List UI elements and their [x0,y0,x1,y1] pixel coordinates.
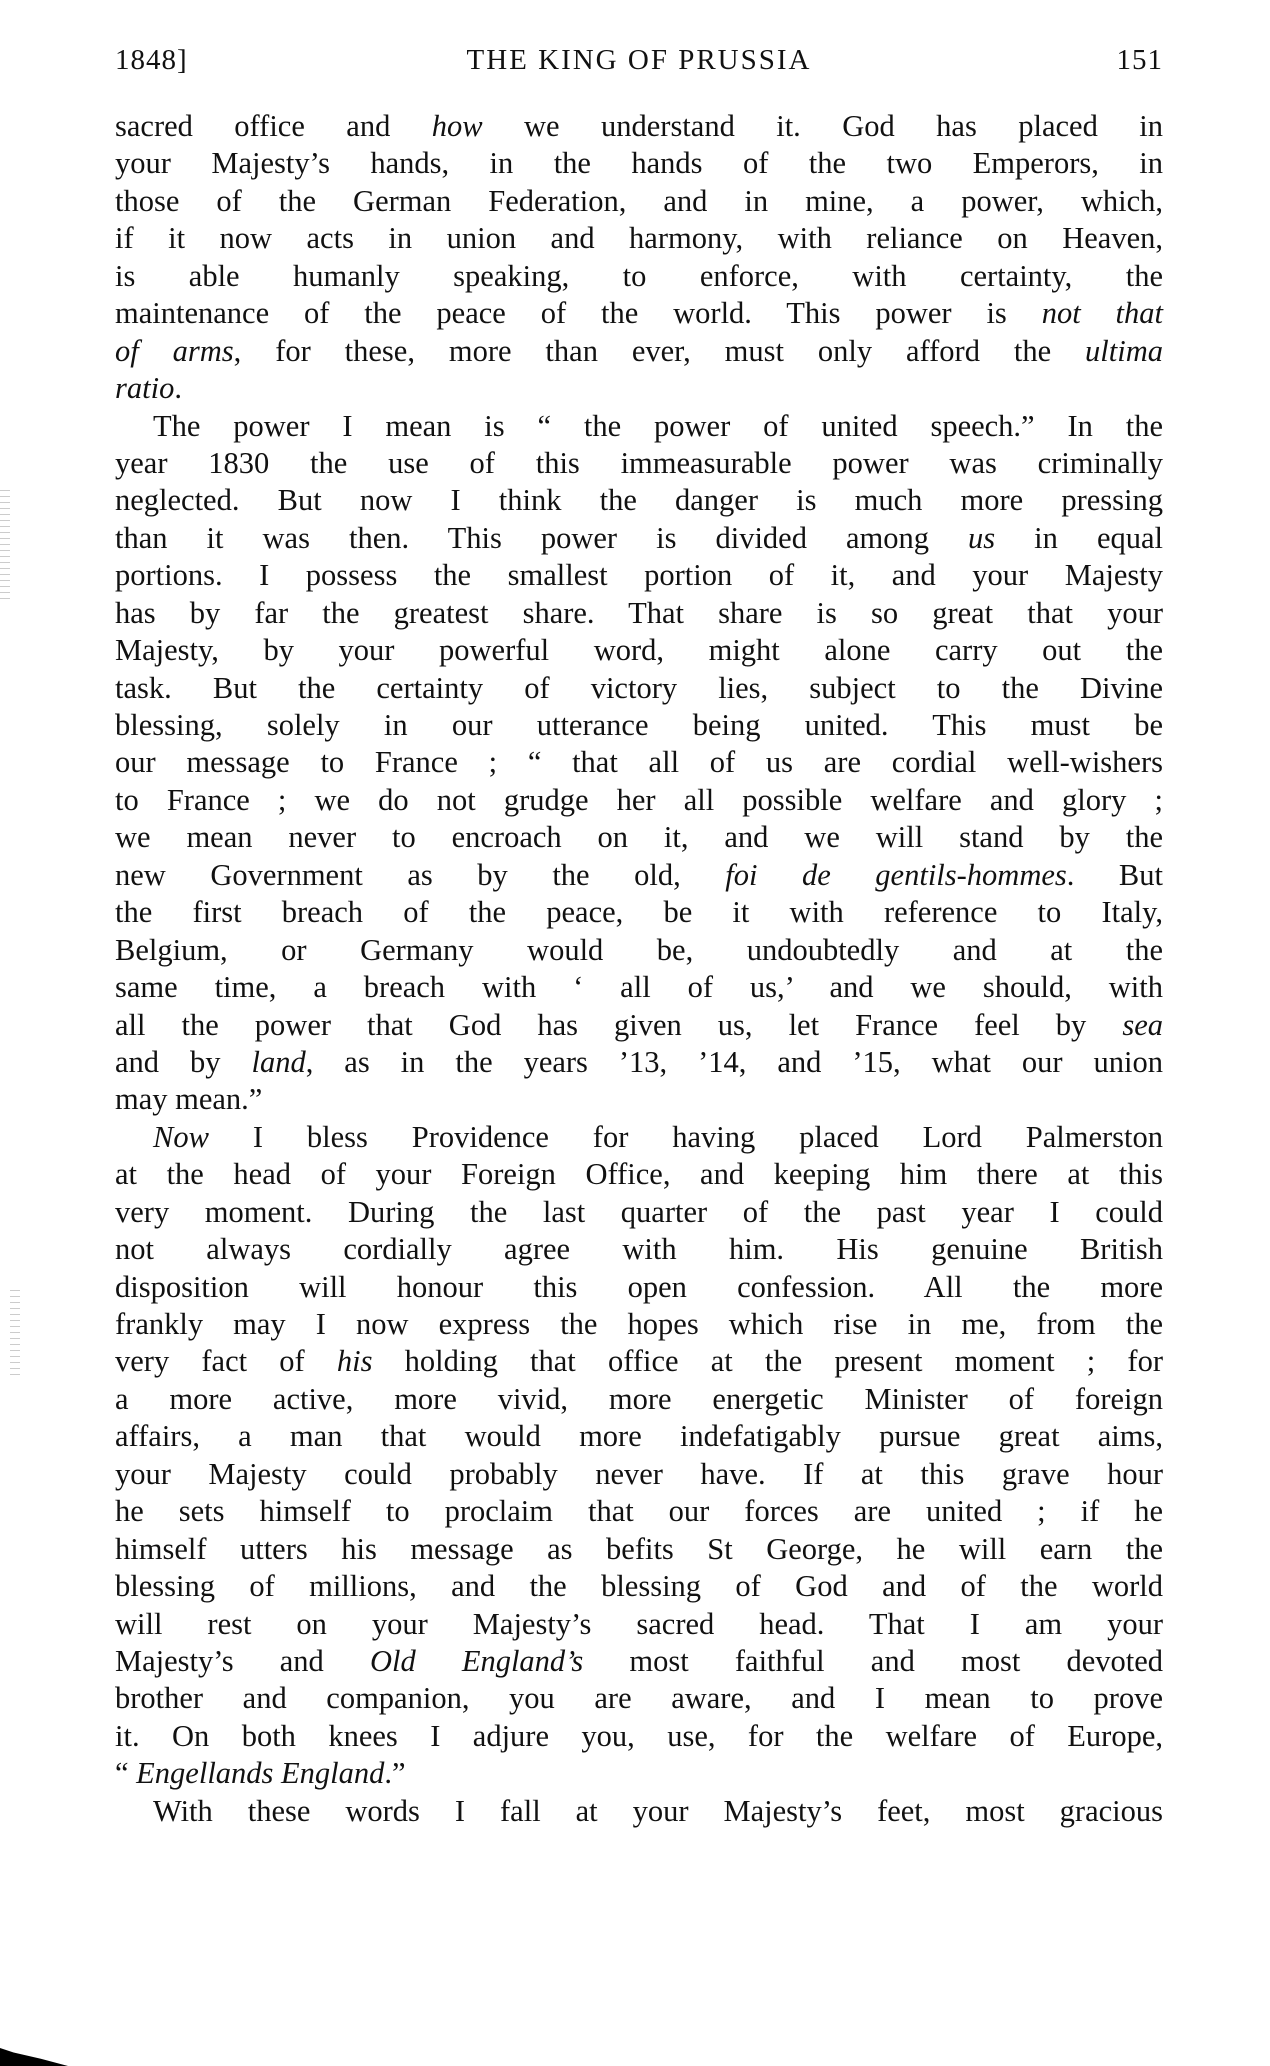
text-run: disposition will honour this open confes… [115,1270,1163,1304]
text-line: disposition will honour this open confes… [115,1269,1163,1306]
text-run: is able humanly speaking, to enforce, wi… [115,259,1163,293]
text-run: he sets himself to proclaim that our for… [115,1494,1163,1528]
text-run: “ [115,1756,136,1790]
italic-text: Engellands England [136,1756,384,1790]
text-line: frankly may I now express the hopes whic… [115,1306,1163,1343]
text-run: maintenance of the peace of the world. T… [115,296,1042,330]
text-run: blessing, solely in our utterance being … [115,708,1163,742]
body-text: sacred office and how we understand it. … [115,108,1163,1830]
text-run: . [174,371,182,405]
text-line: task. But the certainty of victory lies,… [115,670,1163,707]
text-line: we mean never to encroach on it, and we … [115,819,1163,856]
text-line: if it now acts in union and harmony, wit… [115,220,1163,257]
text-line: blessing of millions, and the blessing o… [115,1568,1163,1605]
text-run: Majesty’s and [115,1644,370,1678]
text-line: himself utters his message as befits St … [115,1531,1163,1568]
text-line: portions. I possess the smallest portion… [115,557,1163,594]
book-page: 1848] THE KING OF PRUSSIA 151 sacred off… [0,0,1270,2066]
text-run: portions. I possess the smallest portion… [115,558,1163,592]
italic-text: land [251,1045,305,1079]
text-line: Belgium, or Germany would be, undoubtedl… [115,932,1163,969]
scan-corner-shadow [0,2048,68,2066]
text-run: our message to France ; “ that all of us… [115,745,1163,779]
text-line: neglected. But now I think the danger is… [115,482,1163,519]
text-run: new Government as by the old, [115,858,725,892]
text-run: The power I mean is “ the power of unite… [153,409,1163,443]
text-run: I bless Providence for having placed Lor… [209,1120,1163,1154]
text-line: blessing, solely in our utterance being … [115,707,1163,744]
text-run: With these words I fall at your Majesty’… [153,1794,1163,1828]
text-run: very fact of [115,1344,337,1378]
text-line: a more active, more vivid, more energeti… [115,1381,1163,1418]
text-run: we understand it. God has placed in [483,109,1163,143]
text-line: your Majesty could probably never have. … [115,1456,1163,1493]
text-run: affairs, a man that would more indefatig… [115,1419,1163,1453]
text-run: sacred office and [115,109,432,143]
text-run: and by [115,1045,251,1079]
text-line: those of the German Federation, and in m… [115,183,1163,220]
text-line: not always cordially agree with him. His… [115,1231,1163,1268]
text-run: in equal [995,521,1163,555]
text-run: to France ; we do not grudge her all pos… [115,783,1163,817]
text-run: task. But the certainty of victory lies,… [115,671,1163,705]
text-line: With these words I fall at your Majesty’… [115,1793,1163,1830]
text-run: will rest on your Majesty’s sacred head.… [115,1607,1163,1641]
text-line: same time, a breach with ‘ all of us,’ a… [115,969,1163,1006]
text-run: not always cordially agree with him. His… [115,1232,1163,1266]
text-line: and by land, as in the years ’13, ’14, a… [115,1044,1163,1081]
text-run: year 1830 the use of this immeasurable p… [115,446,1163,480]
text-line: will rest on your Majesty’s sacred head.… [115,1606,1163,1643]
text-run: , as in the years ’13, ’14, and ’15, wha… [306,1045,1163,1079]
text-run: has by far the greatest share. That shar… [115,596,1163,630]
text-line: our message to France ; “ that all of us… [115,744,1163,781]
text-line: than it was then. This power is divided … [115,520,1163,557]
italic-text: ratio [115,371,174,405]
text-run: we mean never to encroach on it, and we … [115,820,1163,854]
text-run: .” [384,1756,405,1790]
text-line: may mean.” [115,1081,1163,1118]
text-run: if it now acts in union and harmony, wit… [115,221,1163,255]
text-run: most faithful and most devoted [583,1644,1163,1678]
text-line: Majesty, by your powerful word, might al… [115,632,1163,669]
text-run: those of the German Federation, and in m… [115,184,1163,218]
italic-text: not that [1042,296,1163,330]
text-line: Majesty’s and Old England’s most faithfu… [115,1643,1163,1680]
italic-text: ultima [1085,334,1163,368]
text-run: may mean.” [115,1082,262,1116]
running-head-title: THE KING OF PRUSSIA [115,44,1163,77]
text-line: to France ; we do not grudge her all pos… [115,782,1163,819]
text-run: blessing of millions, and the blessing o… [115,1569,1163,1603]
text-run: . But [1067,858,1163,892]
text-run: same time, a breach with ‘ all of us,’ a… [115,970,1163,1004]
text-run: Belgium, or Germany would be, undoubtedl… [115,933,1163,967]
text-line: is able humanly speaking, to enforce, wi… [115,258,1163,295]
italic-text: us [968,521,995,555]
text-line: sacred office and how we understand it. … [115,108,1163,145]
text-line: Now I bless Providence for having placed… [115,1119,1163,1156]
text-line: all the power that God has given us, let… [115,1007,1163,1044]
text-line: of arms, for these, more than ever, must… [115,333,1163,370]
text-line: has by far the greatest share. That shar… [115,595,1163,632]
page-number: 151 [1117,44,1164,77]
italic-text: Now [153,1120,209,1154]
text-run: , for these, more than ever, must only a… [234,334,1085,368]
text-run: your Majesty’s hands, in the hands of th… [115,146,1163,180]
italic-text: how [432,109,483,143]
text-line: year 1830 the use of this immeasurable p… [115,445,1163,482]
text-line: “ Engellands England.” [115,1755,1163,1792]
text-line: very moment. During the last quarter of … [115,1194,1163,1231]
text-run: brother and companion, you are aware, an… [115,1681,1163,1715]
text-run: frankly may I now express the hopes whic… [115,1307,1163,1341]
text-run: at the head of your Foreign Office, and … [115,1157,1163,1191]
text-run: the first breach of the peace, be it wit… [115,895,1163,929]
text-run: a more active, more vivid, more energeti… [115,1382,1163,1416]
italic-text: of arms [115,334,234,368]
text-run: all the power that God has given us, let… [115,1008,1122,1042]
text-run: than it was then. This power is divided … [115,521,968,555]
text-line: it. On both knees I adjure you, use, for… [115,1718,1163,1755]
text-line: at the head of your Foreign Office, and … [115,1156,1163,1193]
text-run: very moment. During the last quarter of … [115,1195,1163,1229]
text-run: himself utters his message as befits St … [115,1532,1163,1566]
italic-text: his [337,1344,373,1378]
text-line: your Majesty’s hands, in the hands of th… [115,145,1163,182]
text-run: Majesty, by your powerful word, might al… [115,633,1163,667]
text-line: The power I mean is “ the power of unite… [115,408,1163,445]
text-run: neglected. But now I think the danger is… [115,483,1163,517]
text-line: the first breach of the peace, be it wit… [115,894,1163,931]
running-head: 1848] THE KING OF PRUSSIA 151 [115,44,1163,84]
italic-text: Old England’s [370,1644,583,1678]
text-run: it. On both knees I adjure you, use, for… [115,1719,1163,1753]
text-line: ratio. [115,370,1163,407]
scan-edge-noise [0,490,10,600]
text-line: brother and companion, you are aware, an… [115,1680,1163,1717]
text-run: your Majesty could probably never have. … [115,1457,1163,1491]
text-run: holding that office at the present momen… [372,1344,1163,1378]
text-line: he sets himself to proclaim that our for… [115,1493,1163,1530]
text-line: very fact of his holding that office at … [115,1343,1163,1380]
italic-text: sea [1122,1008,1163,1042]
text-line: maintenance of the peace of the world. T… [115,295,1163,332]
text-line: new Government as by the old, foi de gen… [115,857,1163,894]
italic-text: foi de gentils-hommes [725,858,1067,892]
scan-edge-noise [10,1290,20,1380]
text-line: affairs, a man that would more indefatig… [115,1418,1163,1455]
